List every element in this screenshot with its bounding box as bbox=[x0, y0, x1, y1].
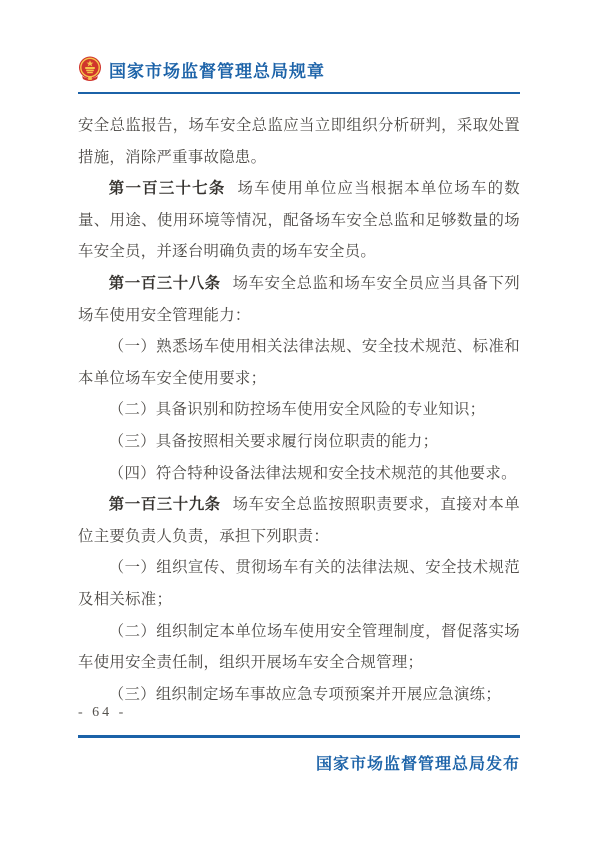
national-emblem-icon bbox=[78, 56, 102, 83]
paragraph-text: （二）具备识别和防控场车使用安全风险的专业知识； bbox=[109, 401, 486, 418]
document-page: 国家市场监督管理总局规章 安全总监报告，场车安全总监应当立即组织分析研判，采取处… bbox=[0, 0, 595, 842]
list-item-paragraph: （四）符合特种设备法律法规和安全技术规范的其他要求。 bbox=[78, 458, 520, 490]
paragraph-text: （三）具备按照相关要求履行岗位职责的能力； bbox=[109, 433, 439, 450]
page-number: - 64 - bbox=[78, 705, 126, 721]
list-item-paragraph: （二）组织制定本单位场车使用安全管理制度，督促落实场车使用安全责任制，组织开展场… bbox=[78, 616, 520, 679]
paragraph-text: 安全总监报告，场车安全总监应当立即组织分析研判，采取处置措施，消除严重事故隐患。 bbox=[78, 117, 520, 166]
article-paragraph: 第一百三十七条场车使用单位应当根据本单位场车的数量、用途、使用环境等情况，配备场… bbox=[78, 173, 520, 268]
header-title: 国家市场监督管理总局规章 bbox=[109, 57, 325, 82]
list-item-paragraph: （一）熟悉场车使用相关法律法规、安全技术规范、标准和本单位场车安全使用要求； bbox=[78, 331, 520, 394]
publisher-label: 国家市场监督管理总局发布 bbox=[316, 751, 520, 774]
article-number: 第一百三十九条 bbox=[109, 496, 221, 513]
document-body: 安全总监报告，场车安全总监应当立即组织分析研判，采取处置措施，消除严重事故隐患。… bbox=[78, 110, 520, 710]
list-item-paragraph: （一）组织宣传、贯彻场车有关的法律法规、安全技术规范及相关标准； bbox=[78, 552, 520, 615]
page-header: 国家市场监督管理总局规章 bbox=[78, 56, 520, 94]
article-number: 第一百三十八条 bbox=[109, 275, 221, 292]
paragraph-text: （一）熟悉场车使用相关法律法规、安全技术规范、标准和本单位场车安全使用要求； bbox=[78, 338, 520, 387]
footer-divider bbox=[78, 735, 520, 738]
paragraph-text: （三）组织制定场车事故应急专项预案并开展应急演练； bbox=[109, 686, 501, 703]
paragraph-text: （二）组织制定本单位场车使用安全管理制度，督促落实场车使用安全责任制，组织开展场… bbox=[78, 623, 520, 672]
body-paragraph: 安全总监报告，场车安全总监应当立即组织分析研判，采取处置措施，消除严重事故隐患。 bbox=[78, 110, 520, 173]
article-paragraph: 第一百三十八条场车安全总监和场车安全员应当具备下列场车使用安全管理能力： bbox=[78, 268, 520, 331]
article-number: 第一百三十七条 bbox=[109, 180, 226, 197]
paragraph-text: （一）组织宣传、贯彻场车有关的法律法规、安全技术规范及相关标准； bbox=[78, 559, 520, 608]
list-item-paragraph: （三）组织制定场车事故应急专项预案并开展应急演练； bbox=[78, 679, 520, 711]
list-item-paragraph: （二）具备识别和防控场车使用安全风险的专业知识； bbox=[78, 394, 520, 426]
list-item-paragraph: （三）具备按照相关要求履行岗位职责的能力； bbox=[78, 426, 520, 458]
article-paragraph: 第一百三十九条场车安全总监按照职责要求，直接对本单位主要负责人负责，承担下列职责… bbox=[78, 489, 520, 552]
paragraph-text: （四）符合特种设备法律法规和安全技术规范的其他要求。 bbox=[109, 465, 517, 482]
